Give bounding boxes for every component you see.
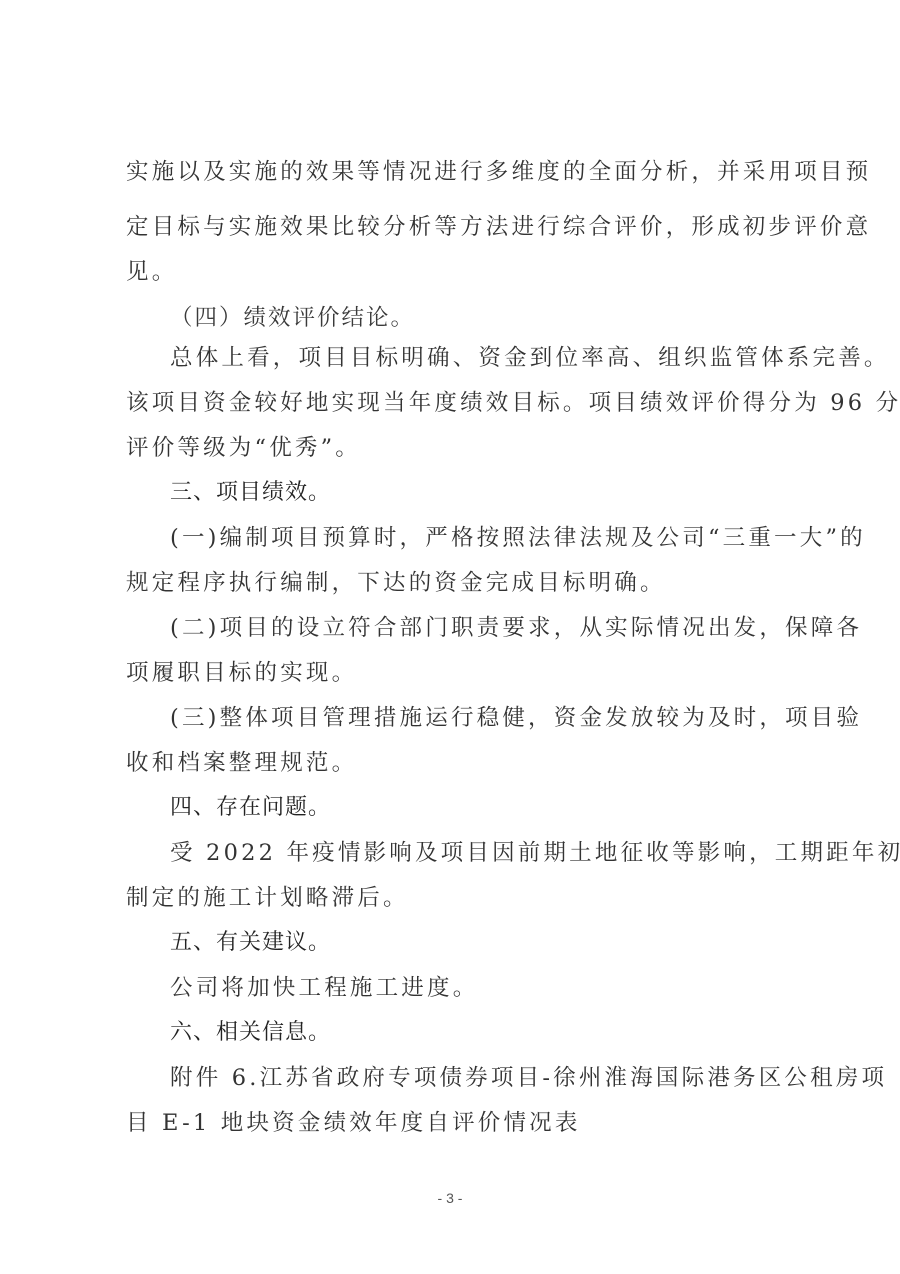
paragraph-line: 制定的施工计划略滞后。 [126, 883, 806, 913]
paragraph-line: 评价等级为“优秀”。 [126, 433, 806, 463]
section-heading: 四、存在问题。 [170, 793, 850, 823]
paragraph-line: (一)编制项目预算时，严格按照法律法规及公司“三重一大”的 [170, 523, 850, 553]
paragraph-line: 项履职目标的实现。 [126, 658, 806, 688]
paragraph-line: (三)整体项目管理措施运行稳健，资金发放较为及时，项目验 [170, 703, 850, 733]
section-heading: 五、有关建议。 [170, 928, 850, 958]
paragraph-line: 定目标与实施效果比较分析等方法进行综合评价，形成初步评价意 [126, 212, 806, 242]
paragraph-line: (二)项目的设立符合部门职责要求，从实际情况出发，保障各 [170, 613, 850, 643]
page-number: - 3 - [0, 1190, 900, 1206]
document-page: 实施以及实施的效果等情况进行多维度的全面分析，并采用项目预 定目标与实施效果比较… [0, 0, 900, 1274]
paragraph-line: 公司将加快工程施工进度。 [170, 973, 850, 1003]
section-heading: 六、相关信息。 [170, 1018, 850, 1048]
paragraph-line: 总体上看，项目目标明确、资金到位率高、组织监管体系完善。 [170, 343, 850, 373]
paragraph-line: 该项目资金较好地实现当年度绩效目标。项目绩效评价得分为 96 分 [126, 388, 806, 418]
subsection-heading: （四）绩效评价结论。 [170, 303, 850, 333]
paragraph-line: 受 2022 年疫情影响及项目因前期土地征收等影响，工期距年初 [170, 838, 850, 868]
paragraph-line: 规定程序执行编制，下达的资金完成目标明确。 [126, 568, 806, 598]
paragraph-line: 实施以及实施的效果等情况进行多维度的全面分析，并采用项目预 [126, 157, 806, 187]
paragraph-line: 收和档案整理规范。 [126, 748, 806, 778]
paragraph-line: 附件 6.江苏省政府专项债券项目-徐州淮海国际港务区公租房项 [170, 1063, 850, 1093]
paragraph-line: 见。 [126, 257, 806, 287]
section-heading: 三、项目绩效。 [170, 478, 850, 508]
paragraph-line: 目 E-1 地块资金绩效年度自评价情况表 [126, 1108, 806, 1138]
